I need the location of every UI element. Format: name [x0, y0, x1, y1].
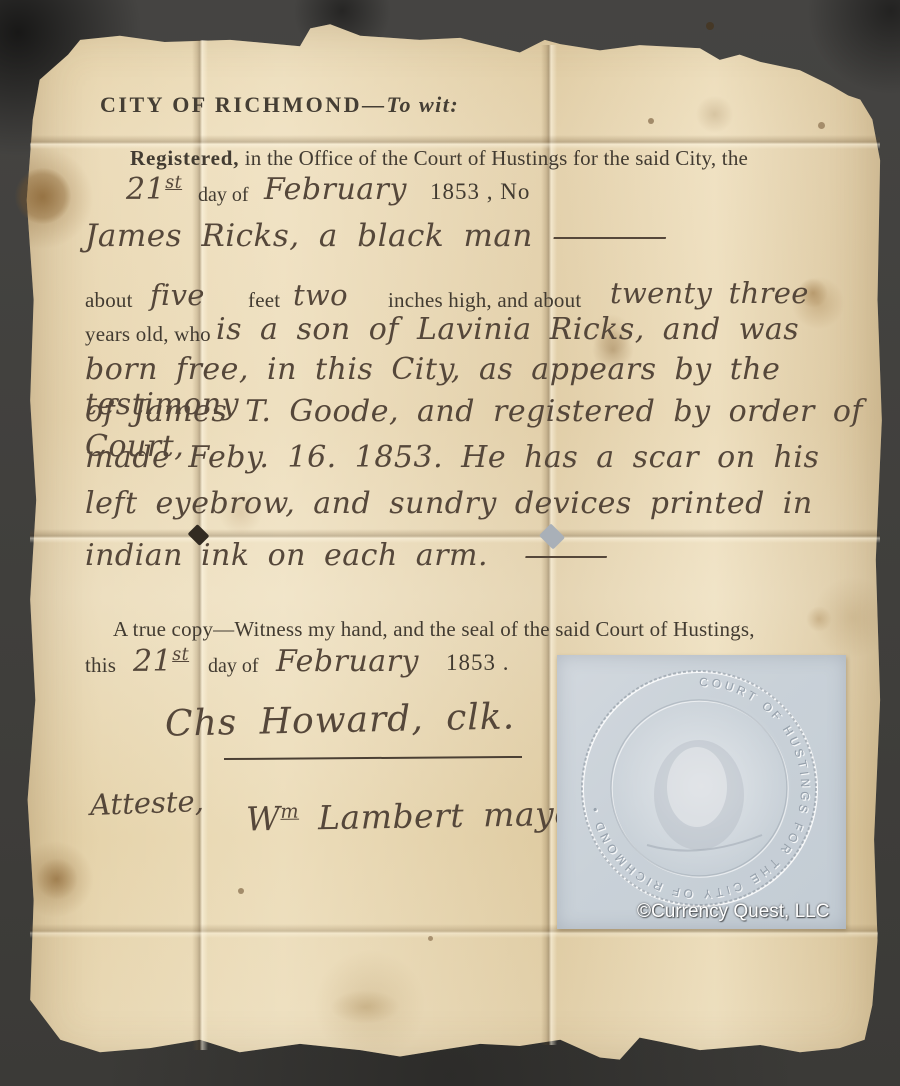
made-feby-line: made Feby. 16. 1853. He has a scar on hi…	[85, 440, 819, 475]
years-old-printed: years old, who	[85, 322, 211, 347]
speck-1	[706, 22, 714, 30]
mayor-sup: m	[280, 800, 299, 823]
stain-bottom-left	[36, 858, 78, 900]
name-line-handwritten: James Ricks, a black man ————	[85, 218, 664, 254]
attest-day-number: 21	[133, 644, 172, 679]
speck-4	[238, 888, 244, 894]
registered-word: Registered,	[130, 146, 239, 170]
this-printed: this	[85, 653, 116, 678]
parentage-handwritten: is a son of Lavinia Ricks, and was	[216, 312, 799, 347]
eyebrow-line: left eyebrow, and sundry devices printed…	[85, 486, 813, 521]
speck-3	[818, 122, 825, 129]
date-year-no-printed: 1853 , No	[430, 179, 530, 205]
court-seal: COURT OF HUSTINGS FOR THE CITY OF RICHMO…	[557, 655, 846, 929]
speck-2	[648, 118, 654, 124]
attest-day-handwritten: 21st	[133, 644, 189, 679]
speck-5	[428, 936, 433, 941]
attest-month-handwritten: February	[276, 644, 419, 679]
attest-dayof-printed: day of	[208, 655, 259, 678]
true-copy-line: A true copy—Witness my hand, and the sea…	[113, 617, 755, 642]
mayor-initial: W	[246, 799, 281, 839]
ink-flourish: ———	[524, 538, 605, 573]
stain-large-left	[15, 168, 71, 224]
mayor-name: Lambert mayor	[299, 794, 591, 838]
inches-printed: inches high, and about	[388, 288, 581, 313]
watermark-text: ©Currency Quest, LLC	[637, 901, 829, 923]
title-towit: To wit:	[387, 92, 460, 117]
title-city: CITY OF RICHMOND—	[100, 92, 387, 117]
age-value-handwritten: twenty three	[610, 276, 809, 310]
date-month-handwritten: February	[264, 172, 407, 207]
document-title: CITY OF RICHMOND—To wit:	[100, 92, 459, 118]
registered-line: Registered, in the Office of the Court o…	[130, 146, 748, 171]
feet-value-handwritten: five	[150, 278, 205, 312]
feet-printed: feet	[248, 288, 280, 313]
date-day-handwritten: 21st	[126, 172, 182, 207]
photo-backdrop: CITY OF RICHMOND—To wit: Registered, in …	[0, 0, 900, 1086]
attest-day-suffix: st	[172, 645, 189, 665]
seal-emboss-graphic: COURT OF HUSTINGS FOR THE CITY OF RICHMO…	[557, 655, 846, 929]
date-dayof-printed: day of	[198, 184, 249, 207]
registered-rest: in the Office of the Court of Hustings f…	[239, 146, 748, 170]
date-day-number: 21	[126, 172, 165, 207]
about-printed: about	[85, 288, 133, 313]
speck-6	[806, 606, 832, 632]
inches-value-handwritten: two	[293, 278, 348, 312]
attest-year-printed: 1853 .	[446, 650, 510, 676]
subject-name: James Ricks, a black man	[85, 218, 533, 254]
stain-bottom-center	[330, 990, 400, 1024]
date-day-suffix: st	[165, 173, 182, 193]
indian-ink-text: indian ink on each arm.	[85, 538, 488, 573]
atteste-word: Atteste,	[89, 784, 204, 822]
name-flourish: ————	[552, 218, 664, 254]
clerk-signature: Chs Howard, clk.	[165, 696, 516, 744]
indian-ink-line: indian ink on each arm. ———	[85, 538, 605, 573]
